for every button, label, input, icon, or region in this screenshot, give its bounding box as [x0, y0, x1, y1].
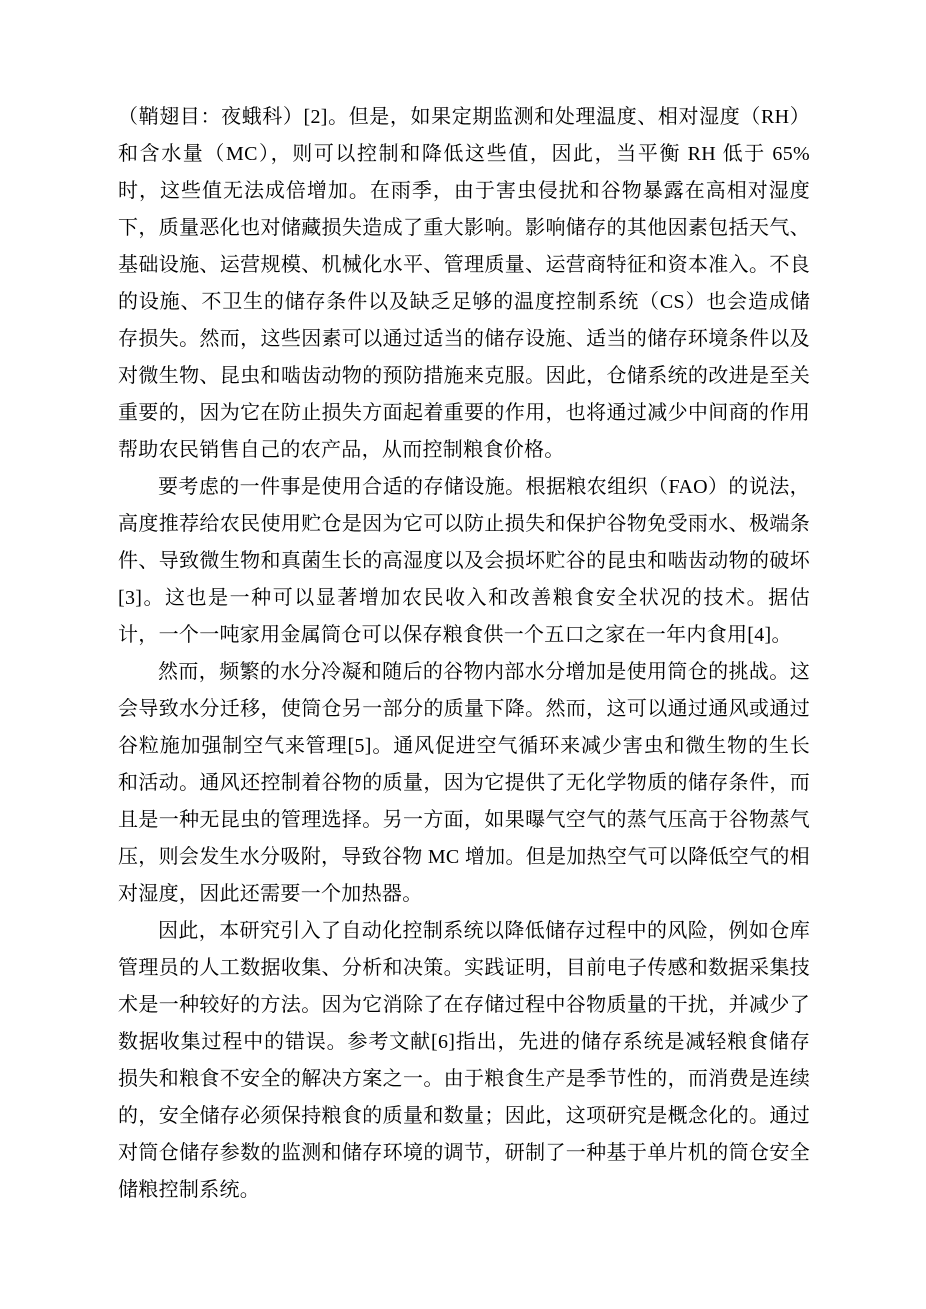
paragraph-3: 然而，频繁的水分冷凝和随后的谷物内部水分增加是使用筒仓的挑战。这会导致水分迁移，…: [118, 654, 810, 913]
paragraph-2: 要考虑的一件事是使用合适的存储设施。根据粮农组织（FAO）的说法，高度推荐给农民…: [118, 469, 810, 654]
paragraph-4: 因此，本研究引入了自动化控制系统以降低储存过程中的风险，例如仓库管理员的人工数据…: [118, 913, 810, 1209]
document-page: （鞘翅目：夜蛾科）[2]。但是，如果定期监测和处理温度、相对湿度（RH）和含水量…: [0, 0, 926, 1309]
paragraph-1: （鞘翅目：夜蛾科）[2]。但是，如果定期监测和处理温度、相对湿度（RH）和含水量…: [118, 99, 810, 469]
text-column: （鞘翅目：夜蛾科）[2]。但是，如果定期监测和处理温度、相对湿度（RH）和含水量…: [118, 99, 810, 1209]
